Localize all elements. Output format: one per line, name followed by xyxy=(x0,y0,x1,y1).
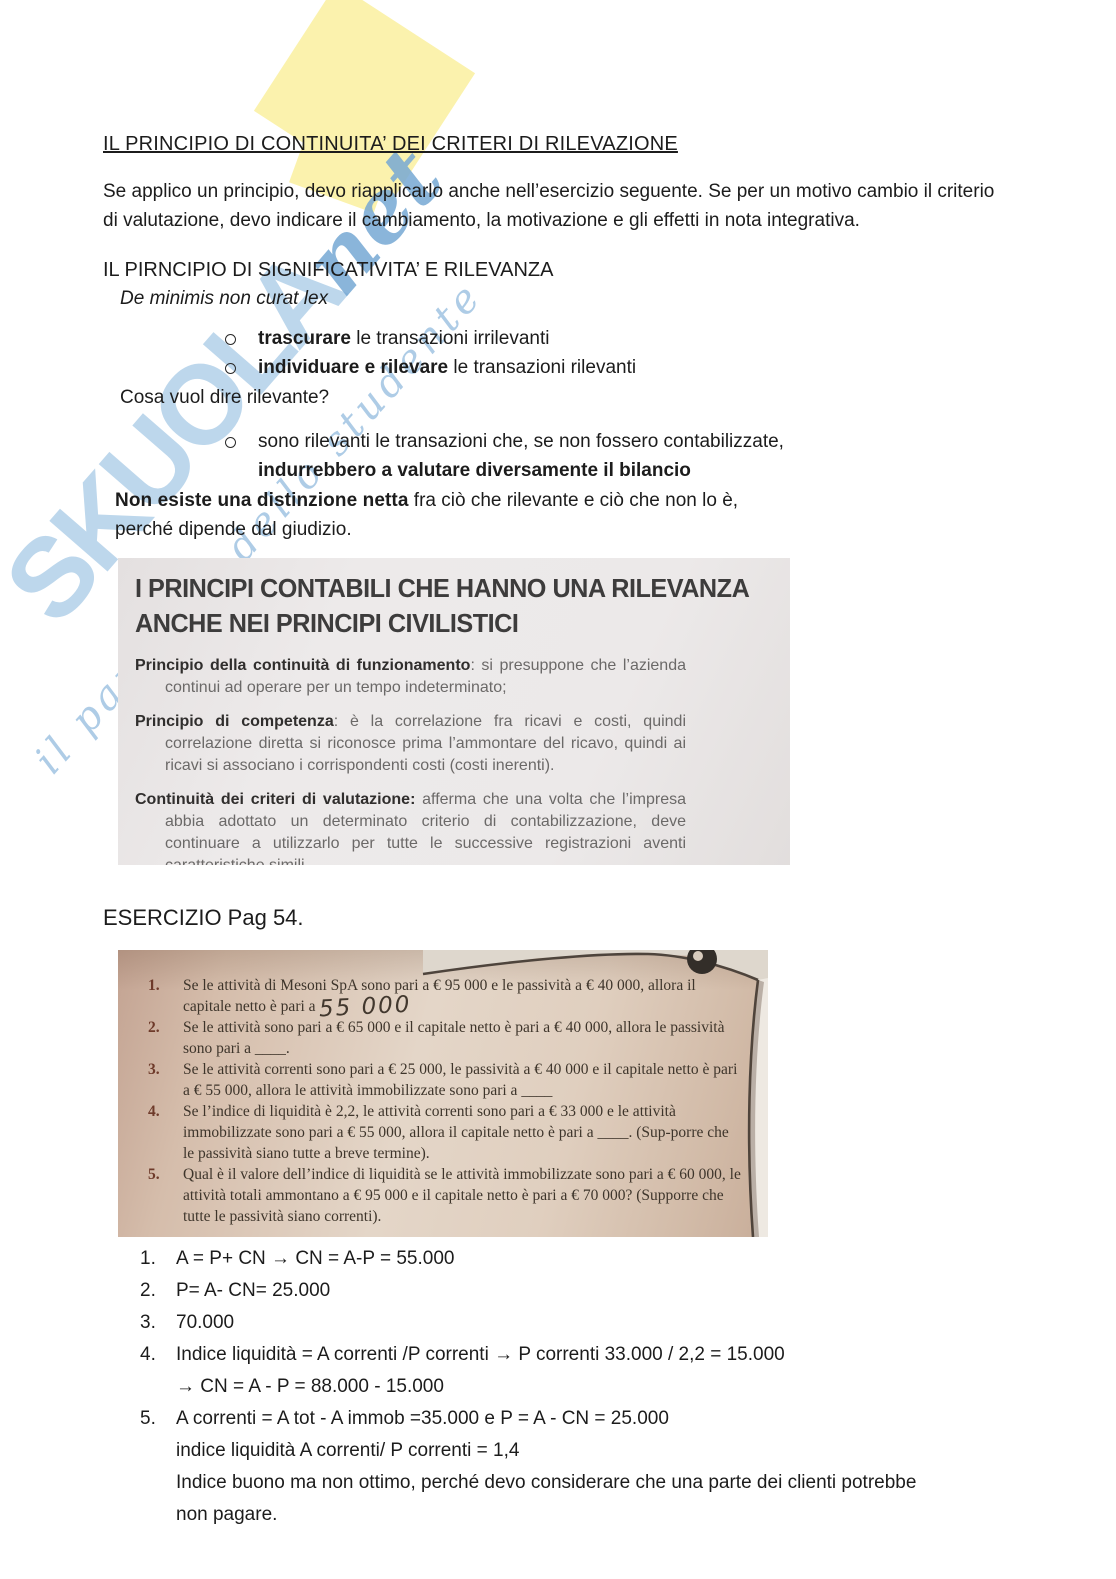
answer-line: A correnti = A tot - A immob =35.000 e P… xyxy=(176,1403,1040,1435)
bullet-rest-text: le transazioni irrilevanti xyxy=(351,328,550,349)
answer-item-4: 4. Indice liquidità = A correnti /P corr… xyxy=(140,1339,1040,1403)
answer-lines: Indice liquidità = A correnti /P corrent… xyxy=(176,1339,1040,1403)
bullet-bold-text: individuare e rilevare xyxy=(258,357,448,378)
answer-line: A = P+ CN → CN = A-P = 55.000 xyxy=(176,1243,1040,1275)
answer-item-2: 2. P= A- CN= 25.000 xyxy=(140,1275,1040,1307)
question-line: Cosa vuol dire rilevante? xyxy=(120,383,1016,412)
bullet-item-trascurare: trascurare le transazioni irrilevanti xyxy=(225,324,1016,353)
slide-paragraph-lead: Principio della continuità di funzioname… xyxy=(135,657,470,674)
slide-title-line1: I PRINCIPI CONTABILI CHE HANNO UNA RILEV… xyxy=(135,573,749,603)
bullet-bold-text: trascurare xyxy=(258,328,351,349)
answer-lines: A = P+ CN → CN = A-P = 55.000 xyxy=(176,1243,1040,1275)
bullet-item-rilevanti: sono rilevanti le transazioni che, se no… xyxy=(225,427,1016,456)
answer-lines: A correnti = A tot - A immob =35.000 e P… xyxy=(176,1403,1040,1531)
exercise-heading: ESERCIZIO Pag 54. xyxy=(103,905,304,931)
bullet-text: trascurare le transazioni irrilevanti xyxy=(258,324,549,353)
heading-significativita: IL PIRNCIPIO DI SIGNIFICATIVITA’ E RILEV… xyxy=(103,259,1016,282)
latin-quote: De minimis non curat lex xyxy=(120,288,1016,310)
bullet-circle-icon xyxy=(225,437,236,448)
answer-item-3: 3. 70.000 xyxy=(140,1307,1040,1339)
intro-paragraph: Se applico un principio, devo riapplicar… xyxy=(103,177,1003,235)
answer-line: 70.000 xyxy=(176,1307,1040,1339)
slide-title: I PRINCIPI CONTABILI CHE HANNO UNA RILEV… xyxy=(135,571,753,641)
answer-line: non pagare. xyxy=(176,1499,1040,1531)
bullet-item-individuare: individuare e rilevare le transazioni ri… xyxy=(225,353,1016,382)
answer-number: 3. xyxy=(140,1307,176,1339)
slide-paragraph-lead: Principio di competenza xyxy=(135,713,334,730)
bullet-circle-icon xyxy=(225,363,236,374)
answer-line: Indice liquidità = A correnti /P corrent… xyxy=(176,1339,1040,1371)
note-paragraph: Non esiste una distinzione netta fra ciò… xyxy=(115,486,1016,544)
slide-paragraph-continuita-funzionamento: Principio della continuità di funzioname… xyxy=(135,655,686,699)
bullet-text: individuare e rilevare le transazioni ri… xyxy=(258,353,636,382)
exercise-photo: 1. Se le attività di Mesoni SpA sono par… xyxy=(118,950,768,1237)
answer-lines: P= A- CN= 25.000 xyxy=(176,1275,1040,1307)
book-page-edge-graphic xyxy=(118,950,768,1237)
answer-number: 4. xyxy=(140,1339,176,1403)
document-page: IL PRINCIPIO DI CONTINUITA’ DEI CRITERI … xyxy=(0,0,1116,544)
answer-number: 5. xyxy=(140,1403,176,1531)
bullet-continuation-bold: indurrebbero a valutare diversamente il … xyxy=(258,456,1016,485)
answer-line: Indice buono ma non ottimo, perché devo … xyxy=(176,1467,1040,1499)
answer-line: → CN = A - P = 88.000 - 15.000 xyxy=(176,1371,1040,1403)
slide-content: I PRINCIPI CONTABILI CHE HANNO UNA RILEV… xyxy=(118,558,790,865)
answer-number: 1. xyxy=(140,1243,176,1275)
bullet-rest-text: le transazioni rilevanti xyxy=(448,357,636,378)
bullet-circle-icon xyxy=(225,334,236,345)
slide-title-line2: ANCHE NEI PRINCIPI CIVILISTICI xyxy=(135,608,518,638)
slide-paragraph-competenza: Principio di competenza: è la correlazio… xyxy=(135,711,686,777)
answer-number: 2. xyxy=(140,1275,176,1307)
slide-paragraph-continuita-criteri: Continuità dei criteri di valutazione: a… xyxy=(135,789,686,865)
note-rest-text: fra ciò che rilevante e ciò che non lo è… xyxy=(409,490,739,511)
slide-paragraph-lead: Continuità dei criteri di valutazione: xyxy=(135,791,415,808)
note-second-line: perché dipende dal giudizio. xyxy=(115,519,352,540)
page-title: IL PRINCIPIO DI CONTINUITA’ DEI CRITERI … xyxy=(103,133,1016,156)
answer-lines: 70.000 xyxy=(176,1307,1040,1339)
slide-image-principi-contabili: I PRINCIPI CONTABILI CHE HANNO UNA RILEV… xyxy=(118,558,790,865)
textbook-circle-icon-highlight xyxy=(693,951,703,961)
answer-item-5: 5. A correnti = A tot - A immob =35.000 … xyxy=(140,1403,1040,1531)
answer-line: indice liquidità A correnti/ P correnti … xyxy=(176,1435,1040,1467)
answers-list: 1. A = P+ CN → CN = A-P = 55.000 2. P= A… xyxy=(140,1243,1040,1531)
answer-line: P= A- CN= 25.000 xyxy=(176,1275,1040,1307)
answer-item-1: 1. A = P+ CN → CN = A-P = 55.000 xyxy=(140,1243,1040,1275)
bullet-text: sono rilevanti le transazioni che, se no… xyxy=(258,427,784,456)
note-bold-text: Non esiste una distinzione netta xyxy=(115,490,409,511)
